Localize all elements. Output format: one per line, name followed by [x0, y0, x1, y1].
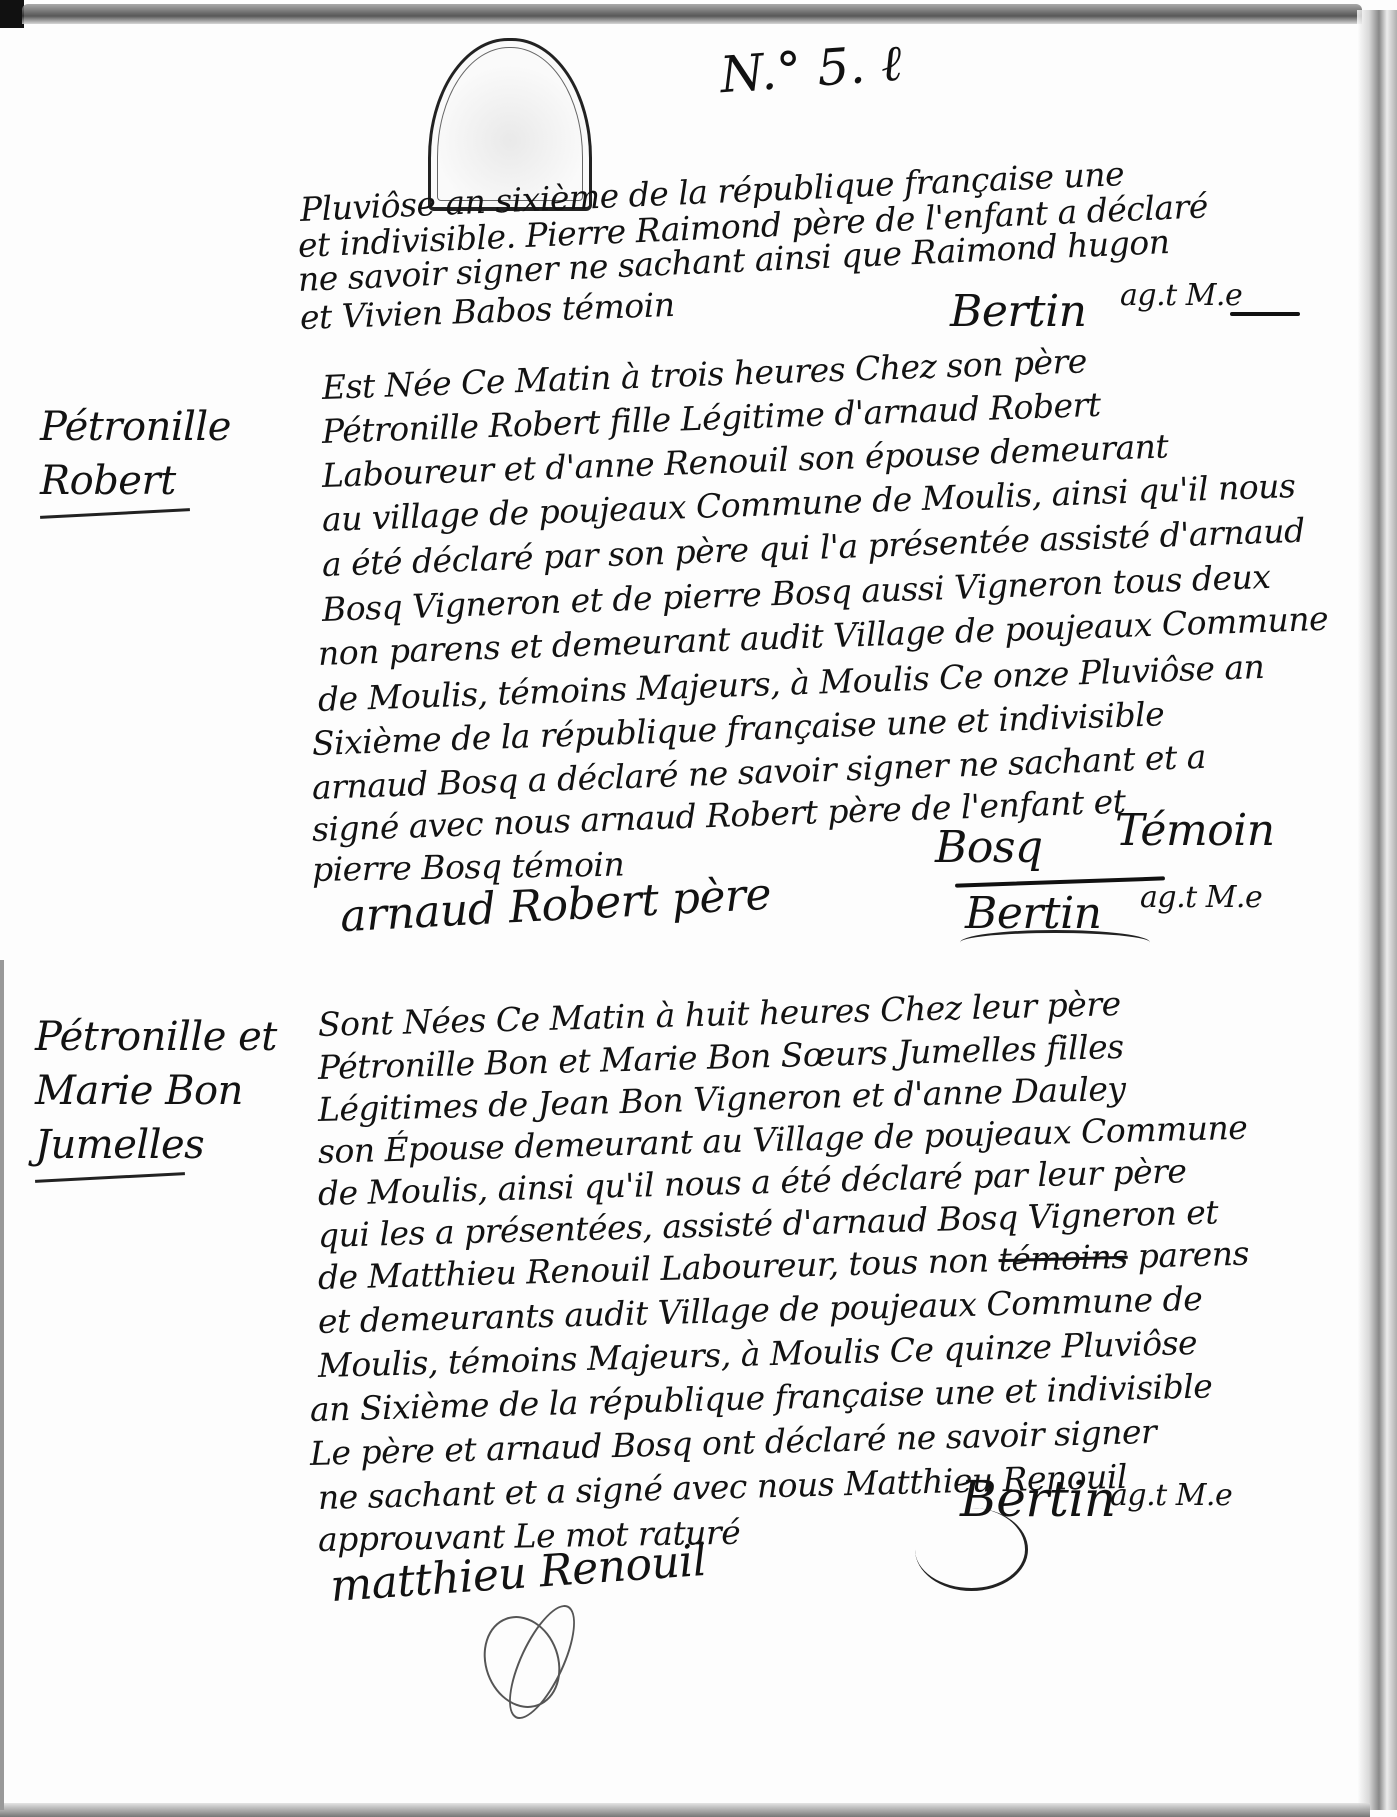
margin-name-act-2: Pétronille et Marie Bon Jumelles: [35, 1010, 277, 1179]
signature-flourish-icon: [915, 1508, 1028, 1591]
struck-word: témoins: [998, 1237, 1128, 1279]
register-page: N.° 5. ℓ Pluviôse an sixième de la répub…: [0, 0, 1397, 1817]
witness-signature: Bosq: [935, 822, 1043, 873]
officer-signature-suffix: ag.t M.e: [1110, 1478, 1232, 1513]
witness-label: Témoin: [1115, 805, 1275, 856]
margin-second-name: Marie Bon: [35, 1064, 277, 1118]
signature-dash: [1230, 312, 1300, 316]
page-corner-shadow: [0, 0, 24, 28]
margin-underline: [35, 1172, 185, 1183]
margin-underline: [40, 508, 190, 519]
margin-twins-label: Jumelles: [35, 1118, 277, 1172]
officer-signature: Bertin: [950, 286, 1087, 337]
margin-first-name: Pétronille: [40, 400, 231, 454]
document-number: N.° 5. ℓ: [718, 34, 903, 105]
margin-first-name: Pétronille et: [35, 1010, 277, 1064]
margin-name-act-1: Pétronille Robert: [40, 400, 231, 515]
page-binding-edge: [1357, 10, 1397, 1810]
officer-signature-suffix: ag.t M.e: [1140, 880, 1262, 915]
page-top-edge: [22, 4, 1362, 24]
signature-underline: [955, 876, 1165, 887]
signature-flourish-icon: [960, 930, 1150, 955]
margin-surname: Robert: [40, 454, 231, 508]
officer-signature-suffix: ag.t M.e: [1120, 278, 1242, 313]
page-bottom-edge: [0, 1803, 1370, 1817]
page-left-edge: [0, 960, 4, 1810]
